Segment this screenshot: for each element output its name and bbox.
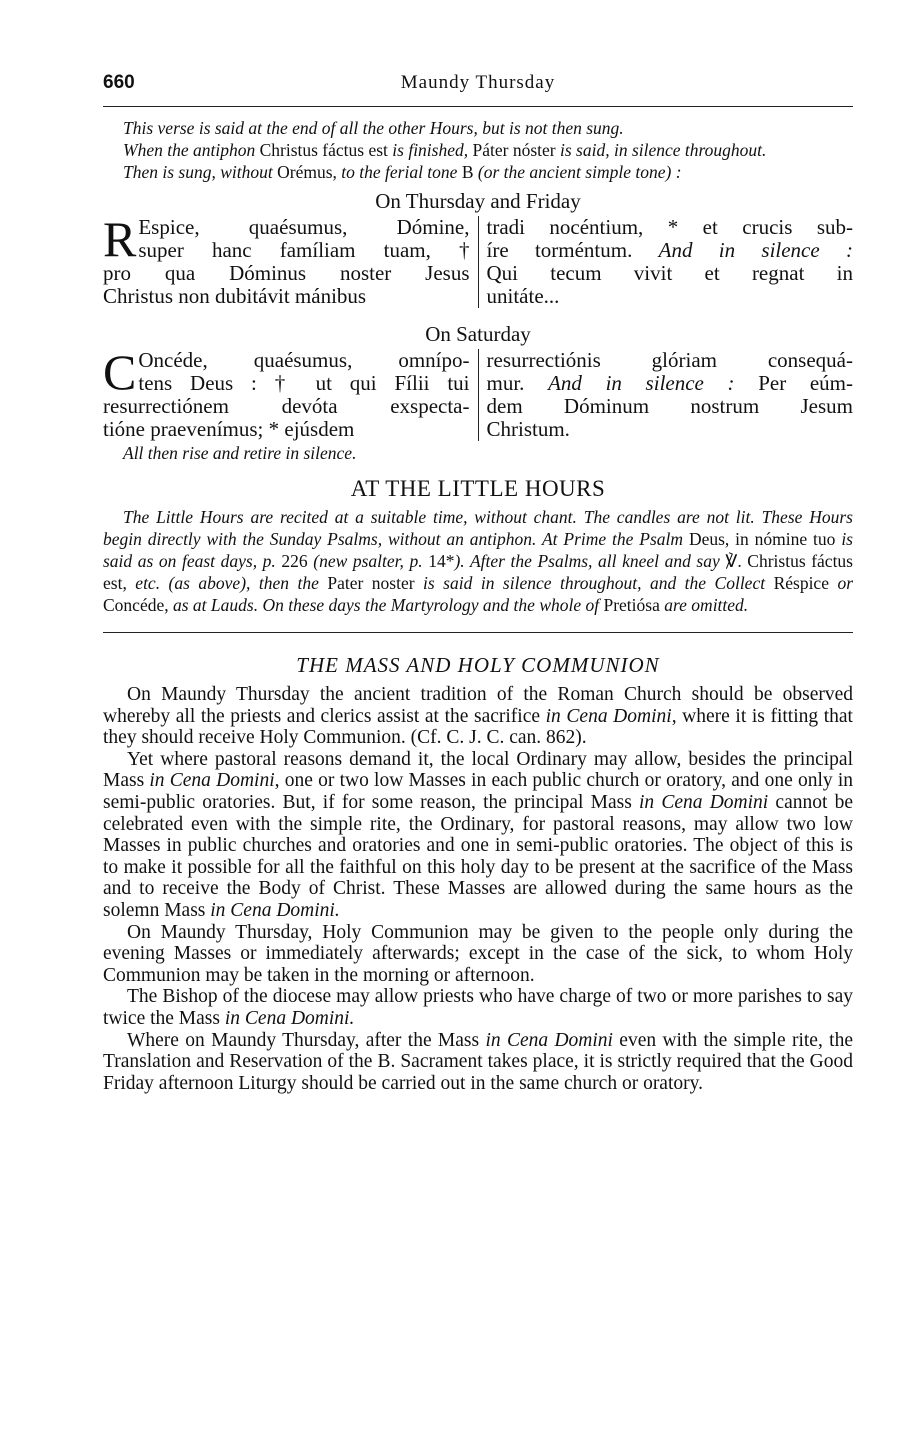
verse-line: Qui tecum vivit et regnat in [487, 262, 854, 285]
page-number: 660 [103, 72, 135, 94]
heading-saturday: On Saturday [103, 322, 853, 347]
roman-text: unitáte... [487, 284, 560, 308]
roman-text: dem Dóminum nostrum Jesum [487, 394, 854, 418]
little-hours-rubric: The Little Hours are recited at a suitab… [103, 506, 853, 616]
verse-line: unitáte... [487, 285, 854, 308]
liturgical-text: Pretiósa [603, 595, 664, 615]
drop-cap: C [103, 351, 136, 393]
liturgical-text: Orémus, [277, 162, 341, 182]
italic-text: And in silence : [548, 371, 758, 395]
italic-text: in Cena Domini. [210, 900, 339, 921]
intro-rubrics: This verse is said at the end of all the… [103, 117, 853, 183]
roman-text: Where on Maundy Thursday, after the Mass [127, 1030, 485, 1051]
body-paragraph: The Bishop of the diocese may allow prie… [103, 986, 853, 1029]
roman-text: mur. [487, 371, 549, 395]
italic-text: in Cena Domini [149, 770, 274, 791]
verse-line: resurrectiónem devóta exspecta- [103, 395, 470, 418]
body-paragraph: On Maundy Thursday, Holy Communion may b… [103, 922, 853, 987]
verse-line: íre torméntum. And in silence : [487, 239, 854, 262]
rubric-text: is said in silence throughout, and the C… [423, 573, 774, 593]
collect-respice-left-column: R Espice, quaésumus, Dómine,super hanc f… [103, 216, 479, 308]
drop-cap: R [103, 218, 136, 260]
rubric-text: ). After the Psalms, all kneel and say [454, 551, 725, 571]
roman-text: Per eúm- [758, 371, 853, 395]
roman-text: The Bishop of the diocese may allow prie… [103, 986, 853, 1029]
roman-text: resurrectiónis glóriam consequá- [487, 348, 854, 372]
verse-line: resurrectiónis glóriam consequá- [487, 349, 854, 372]
rubric-paragraph: When the antiphon Christus fáctus est is… [103, 139, 853, 161]
book-page: Maundy Thursday 660 This verse is said a… [103, 72, 853, 1094]
verse-line: super hanc famíliam tuam, † [103, 239, 470, 262]
roman-text: Qui tecum vivit et regnat in [487, 261, 854, 285]
collect-respice-right-column: tradi nocéntium, * et crucis sub-íre tor… [479, 216, 854, 308]
verse-line: tióne praevenímus; * ejúsdem [103, 418, 470, 441]
rubric-paragraph: This verse is said at the end of all the… [103, 117, 853, 139]
liturgical-text: B [462, 162, 478, 182]
page-header: Maundy Thursday 660 [103, 72, 853, 100]
roman-text: Christum. [487, 417, 570, 441]
rubric-text: to the ferial tone [341, 162, 462, 182]
heading-little-hours: AT THE LITTLE HOURS [103, 476, 853, 502]
body-paragraph: On Maundy Thursday the ancient tradition… [103, 684, 853, 749]
collect-concede-left-column: C Oncéde, quaésumus, omnípo-tens Deus : … [103, 349, 479, 441]
liturgical-text: 14* [428, 551, 454, 571]
liturgical-text: Réspice [774, 573, 838, 593]
section-rule [103, 632, 853, 633]
italic-text: in Cena Domini [546, 706, 672, 727]
rubric-text: (new psalter, p. [313, 551, 428, 571]
liturgical-text: Deus, in nómine tuo [689, 529, 841, 549]
italic-text: in Cena Domini [639, 792, 768, 813]
heading-mass-communion: THE MASS AND HOLY COMMUNION [103, 653, 853, 678]
italic-text: And in silence : [659, 238, 853, 262]
rubric-text: as at Lauds. On these days the Martyrolo… [173, 595, 604, 615]
heading-thursday-friday: On Thursday and Friday [103, 189, 853, 214]
roman-text: íre torméntum. [487, 238, 659, 262]
verse-line: Oncéde, quaésumus, omnípo- [103, 349, 470, 372]
roman-text: tradi nocéntium, * et crucis sub- [487, 215, 854, 239]
rubric-text: or [837, 573, 853, 593]
collect-concede-right-column: resurrectiónis glóriam consequá-mur. And… [479, 349, 854, 441]
collect-concede: C Oncéde, quaésumus, omnípo-tens Deus : … [103, 349, 853, 441]
running-title: Maundy Thursday [103, 72, 853, 94]
rubric-text: This verse is said at the end of all the… [123, 118, 624, 138]
body-paragraph: Where on Maundy Thursday, after the Mass… [103, 1030, 853, 1095]
liturgical-text: 226 [281, 551, 313, 571]
verse-line: Christum. [487, 418, 854, 441]
verse-line: Espice, quaésumus, Dómine, [103, 216, 470, 239]
verse-line: mur. And in silence : Per eúm- [487, 372, 854, 395]
mass-body: On Maundy Thursday the ancient tradition… [103, 684, 853, 1094]
collect-respice: R Espice, quaésumus, Dómine,super hanc f… [103, 216, 853, 308]
rubric-text: is finished, [392, 140, 472, 160]
liturgical-text: Christus fáctus est [260, 140, 393, 160]
rubric-text: When the antiphon [123, 140, 260, 160]
rubric-text: etc. (as above), then the [135, 573, 327, 593]
liturgical-text: Páter nóster [473, 140, 560, 160]
roman-text: On Maundy Thursday, Holy Communion may b… [103, 922, 853, 986]
header-rule [103, 106, 853, 107]
verse-line: Christus non dubitávit mánibus [103, 285, 470, 308]
verse-line: tens Deus : † ut qui Fílii tui [103, 372, 470, 395]
closing-rubric: All then rise and retire in silence. [123, 443, 853, 464]
italic-text: in Cena Domini. [225, 1008, 354, 1029]
italic-text: in Cena Domini [485, 1030, 613, 1051]
rubric-text: is said, in silence throughout. [560, 140, 766, 160]
rubric-text: (or the ancient simple tone) : [478, 162, 682, 182]
verse-line: tradi nocéntium, * et crucis sub- [487, 216, 854, 239]
verse-line: pro qua Dóminus noster Jesus [103, 262, 470, 285]
rubric-text: Then is sung, without [123, 162, 277, 182]
rubric-text: are omitted. [664, 595, 748, 615]
verse-line: dem Dóminum nostrum Jesum [487, 395, 854, 418]
liturgical-text: Pater noster [327, 573, 423, 593]
rubric-paragraph: Then is sung, without Orémus, to the fer… [103, 161, 853, 183]
liturgical-text: Concéde, [103, 595, 173, 615]
body-paragraph: Yet where pastoral reasons demand it, th… [103, 749, 853, 922]
